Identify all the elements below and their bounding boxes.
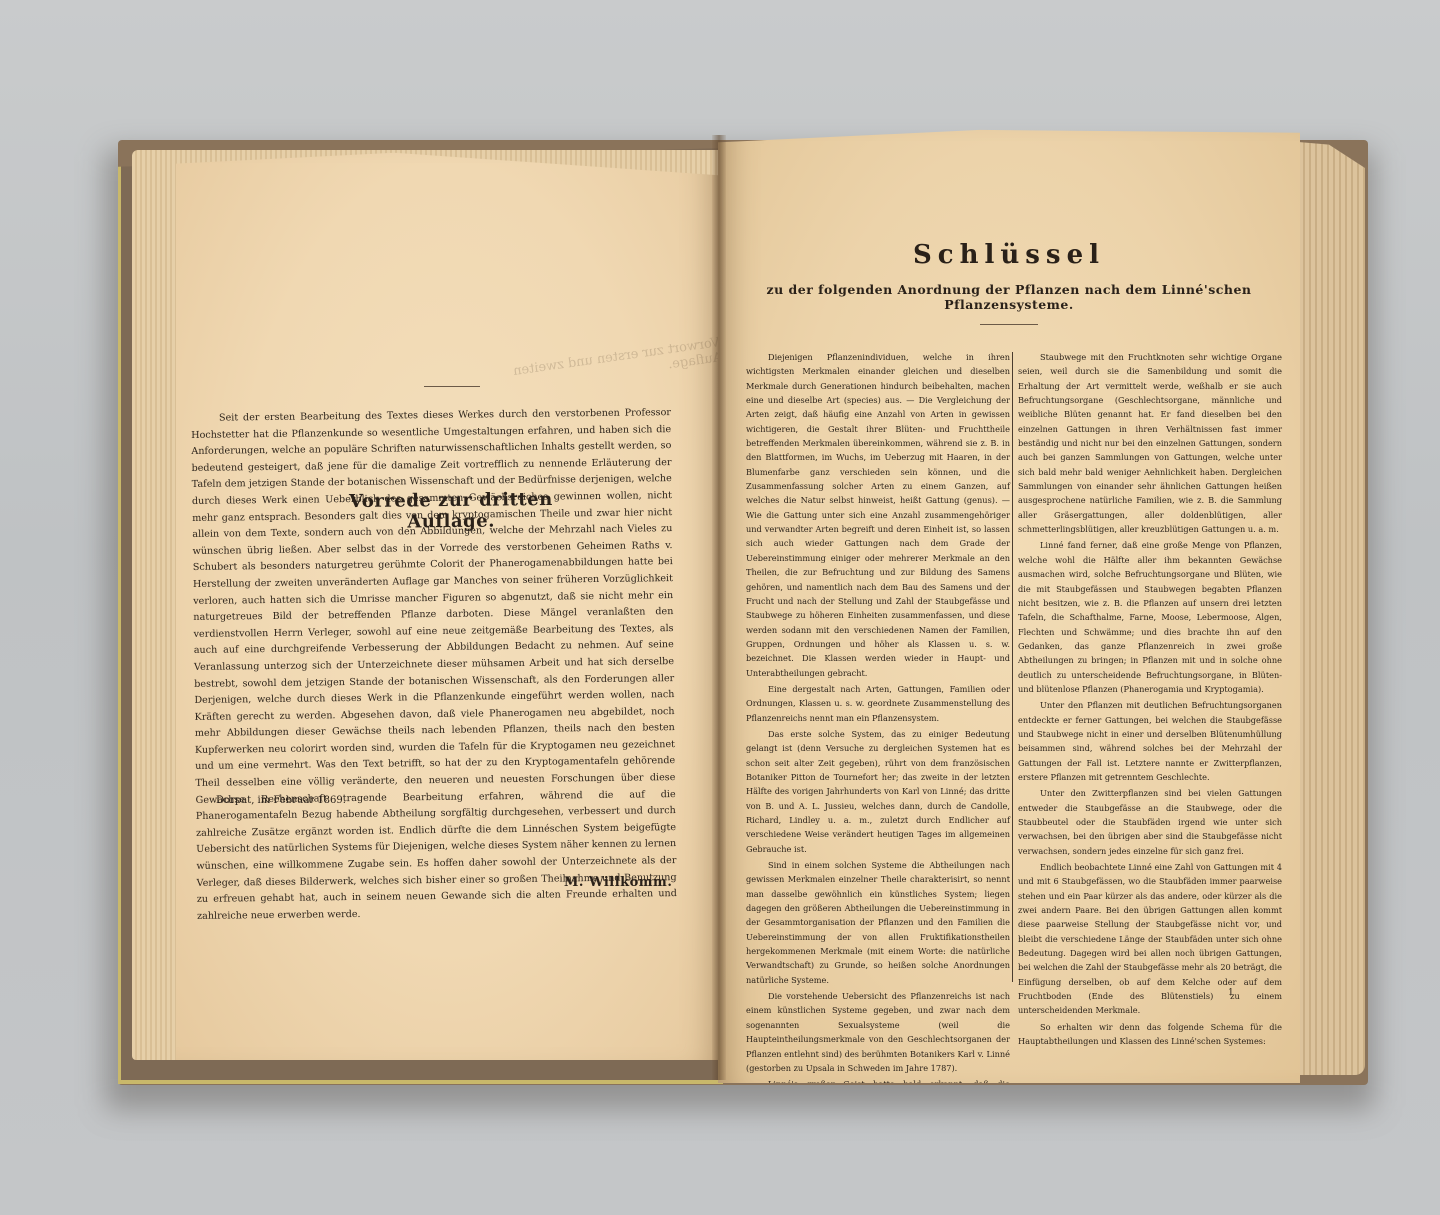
column-paragraph: Diejenigen Pflanzenindividuen, welche in… — [746, 350, 1010, 680]
page-number: 1 — [1228, 988, 1234, 998]
right-page: Schlüssel zu der folgenden Anordnung der… — [718, 128, 1300, 1083]
title-divider — [424, 386, 480, 387]
column-paragraph: Das erste solche System, das zu einiger … — [746, 727, 1010, 856]
place-date: Dorpat, im Februar 1869. — [216, 795, 346, 806]
column-paragraph: Staubwege mit den Fruchtknoten sehr wich… — [1018, 350, 1282, 536]
column-paragraph: Unter den Pflanzen mit deutlichen Befruc… — [1018, 698, 1282, 784]
column-paragraph: Sind in einem solchen Systeme die Abthei… — [746, 858, 1010, 987]
column-paragraph: Eine dergestalt nach Arten, Gattungen, F… — [746, 682, 1010, 725]
column-paragraph: Endlich beobachtete Linné eine Zahl von … — [1018, 860, 1282, 1018]
book-gutter — [712, 135, 726, 1080]
text-column-left: Diejenigen Pflanzenindividuen, welche in… — [746, 350, 1010, 1122]
column-paragraph: Linné fand ferner, daß eine große Menge … — [1018, 538, 1282, 696]
key-subtitle: zu der folgenden Anordnung der Pflanzen … — [718, 282, 1300, 312]
column-paragraph: Die vorstehende Uebersicht des Pflanzenr… — [746, 989, 1010, 1075]
show-through-text: Vorwort zur ersten und zweiten Auflage. — [505, 335, 723, 395]
column-paragraph: Unter den Zwitterpflanzen sind bei viele… — [1018, 786, 1282, 858]
subtitle-divider — [980, 324, 1038, 325]
preface-paragraph: Seit der ersten Bearbeitung des Textes d… — [191, 405, 677, 925]
preface-body: Seit der ersten Bearbeitung des Textes d… — [191, 405, 677, 925]
column-paragraph: So erhalten wir denn das folgende Schema… — [1018, 1020, 1282, 1049]
left-page: Vorwort zur ersten und zweiten Auflage. … — [176, 150, 722, 1060]
key-title: Schlüssel — [718, 240, 1300, 270]
text-column-right: Staubwege mit den Fruchtknoten sehr wich… — [1018, 350, 1282, 1051]
column-divider — [1012, 352, 1013, 982]
author-signature: M. Willkomm. — [564, 875, 672, 890]
